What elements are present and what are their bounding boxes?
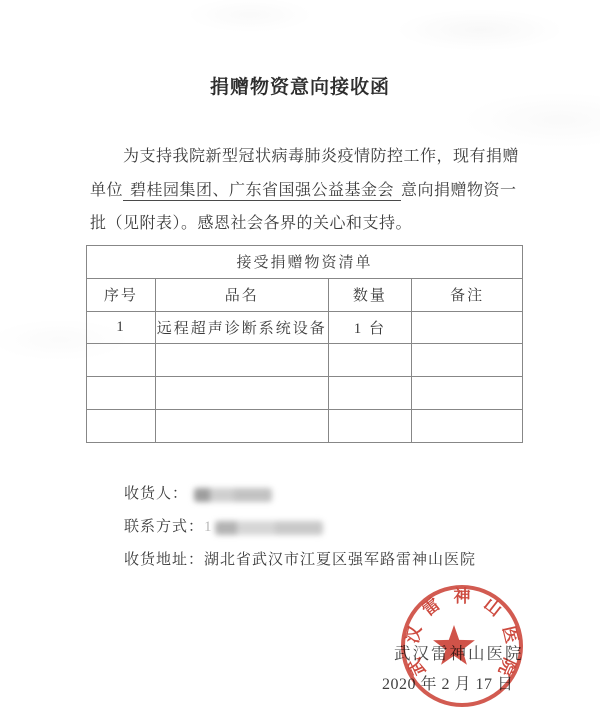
- contact-label: 联系方式：: [124, 519, 204, 535]
- table-header-row: 序号 品名 数量 备注: [87, 278, 523, 311]
- table-caption-row: 接受捐赠物资清单: [87, 246, 523, 279]
- stamp-char: 武: [404, 655, 429, 679]
- col-header-index: 序号: [87, 278, 156, 311]
- stamp-char: 神: [454, 586, 471, 606]
- stamp-char: 医: [499, 624, 521, 645]
- table-row-empty: [87, 377, 523, 410]
- cell-quantity: [328, 344, 412, 377]
- cell-index: [87, 377, 156, 410]
- cell-quantity: [328, 377, 412, 410]
- consignee-name-redacted: [194, 488, 272, 502]
- consignee-line: 收货人：: [124, 478, 476, 511]
- body-paragraph: 为支持我院新型冠状病毒肺炎疫情防控工作，现有捐赠 单位碧桂园集团、广东省国强公益…: [90, 140, 522, 241]
- cell-index: [87, 344, 156, 377]
- body-line-3: 批（见附表）。感恩社会各界的关心和支持。: [90, 207, 522, 241]
- official-seal-stamp-icon: 武 汉 雷 神 山 医 院: [392, 576, 532, 709]
- body-line-2: 单位碧桂园集团、广东省国强公益基金会意向捐赠物资一: [90, 174, 522, 208]
- address-line: 收货地址：湖北省武汉市江夏区强军路雷神山医院: [124, 544, 476, 577]
- donation-goods-table: 接受捐赠物资清单 序号 品名 数量 备注 1 远程超声诊断系统设备 1 台: [86, 245, 523, 443]
- cell-remarks: [412, 377, 523, 410]
- cell-index: [87, 409, 156, 442]
- cell-item-name: [155, 409, 328, 442]
- cell-index: 1: [87, 311, 156, 344]
- cell-quantity: [328, 409, 412, 442]
- delivery-info-block: 收货人： 联系方式：1 收货地址：湖北省武汉市江夏区强军路雷神山医院: [124, 478, 476, 577]
- col-header-quantity: 数量: [328, 278, 412, 311]
- table-row-empty: [87, 409, 523, 442]
- body-line-1: 为支持我院新型冠状病毒肺炎疫情防控工作，现有捐赠: [90, 140, 522, 174]
- col-header-remarks: 备注: [412, 278, 523, 311]
- stamp-char: 汉: [403, 623, 426, 645]
- cell-item-name: 远程超声诊断系统设备: [155, 311, 328, 344]
- address-label: 收货地址：: [124, 552, 204, 568]
- donor-names-underlined: 碧桂园集团、广东省国强公益基金会: [123, 182, 401, 201]
- cell-item-name: [155, 377, 328, 410]
- body-line2-prefix: 单位: [90, 182, 123, 199]
- cell-item-name: [155, 344, 328, 377]
- donation-letter-document: 捐赠物资意向接收函 为支持我院新型冠状病毒肺炎疫情防控工作，现有捐赠 单位碧桂园…: [0, 0, 600, 709]
- address-value: 湖北省武汉市江夏区强军路雷神山医院: [204, 552, 476, 568]
- consignee-label: 收货人：: [124, 486, 188, 502]
- document-title: 捐赠物资意向接收函: [0, 72, 600, 99]
- stamp-char: 山: [480, 594, 505, 619]
- cell-remarks: [412, 311, 523, 344]
- stamp-char: 院: [495, 655, 520, 679]
- table-row: 1 远程超声诊断系统设备 1 台: [87, 311, 523, 344]
- table-caption: 接受捐赠物资清单: [87, 246, 523, 279]
- table-row-empty: [87, 344, 523, 377]
- contact-line: 联系方式：1: [124, 511, 476, 544]
- stamp-arc-text: 武 汉 雷 神 山 医 院: [403, 586, 522, 679]
- contact-visible-digit: 1: [204, 519, 213, 535]
- stamp-char: 雷: [418, 594, 444, 620]
- stamp-star-icon: [433, 625, 475, 665]
- col-header-item-name: 品名: [155, 278, 328, 311]
- cell-remarks: [412, 344, 523, 377]
- cell-quantity: 1 台: [328, 311, 412, 344]
- body-line2-suffix: 意向捐赠物资一: [401, 182, 517, 199]
- cell-remarks: [412, 409, 523, 442]
- contact-number-redacted: [215, 521, 323, 535]
